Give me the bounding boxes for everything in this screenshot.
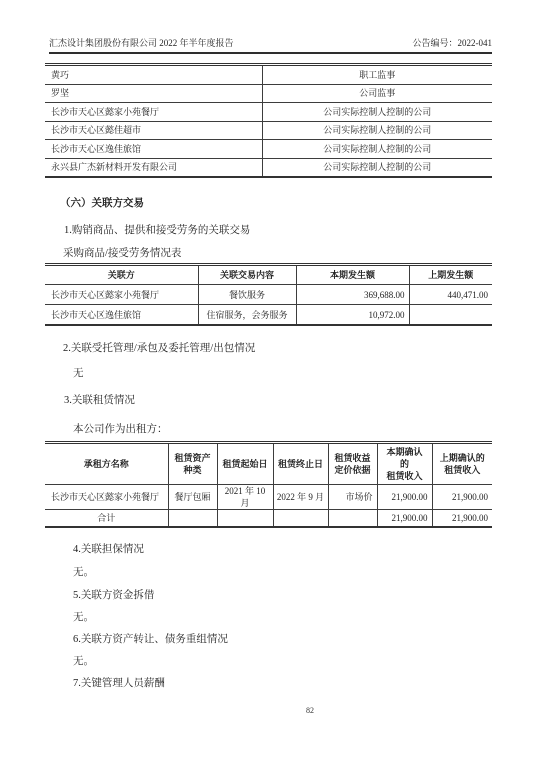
item2-title: 2.关联受托管理/承包及委托管理/出包情况 [0,342,545,356]
item1-subtitle: 采购商品/接受劳务情况表 [0,247,545,261]
item4-title: 4.关联担保情况 [0,543,545,557]
table-row: 长沙市天心区懿家小苑餐厅 公司实际控制人控制的公司 [45,103,492,122]
party-role-cell: 公司实际控制人控制的公司 [262,140,492,159]
party-role-cell: 公司监事 [262,84,492,103]
current-amount-cell: 369,688.00 [296,285,409,305]
table-row: 长沙市天心区逸佳旅馆 公司实际控制人控制的公司 [45,140,492,159]
section-title: （六）关联方交易 [0,197,545,211]
party-name-cell: 黄巧 [45,65,262,85]
header-report-title: 汇杰设计集团股份有限公司 2022 年半年度报告 [49,37,234,49]
party-name-cell: 罗坚 [45,84,262,103]
table-row: 长沙市天心区懿家小苑餐厅 餐厅包厢 2021 年 10 月 2022 年 9 月… [45,485,492,510]
item3-body: 本公司作为出租方： [0,423,545,437]
header-pricing-basis: 租赁收益 定价依据 [328,443,377,485]
empty-cell [168,510,217,528]
purchase-services-table: 关联方 关联交易内容 本期发生额 上期发生额 长沙市天心区懿家小苑餐厅 餐饮服务… [45,263,492,326]
table-row: 长沙市天心区懿家小苑餐厅 餐饮服务 369,688.00 440,471.00 [45,285,492,305]
table-row: 永兴县广杰新材料开发有限公司 公司实际控制人控制的公司 [45,158,492,177]
table-total-row: 合计 21,900.00 21,900.00 [45,510,492,528]
page-number: 82 [0,706,545,715]
total-prior-lease-income-cell: 21,900.00 [432,510,492,528]
party-role-cell: 公司实际控制人控制的公司 [262,121,492,140]
header-lease-start-date: 租赁起始日 [217,443,273,485]
header-lease-end-date: 租赁终止日 [273,443,328,485]
header-leased-asset-type: 租赁资产 种类 [168,443,217,485]
party-name-cell: 长沙市天心区懿家小苑餐厅 [45,103,262,122]
item6-title: 6.关联方资产转让、债务重组情况 [0,633,545,647]
item6-body: 无。 [0,655,545,669]
header-prior-lease-income: 上期确认的 租赁收入 [432,443,492,485]
total-label-cell: 合计 [45,510,168,528]
pricing-basis-cell: 市场价 [328,485,377,510]
header-announcement-no: 公告编号：2022-041 [413,37,493,49]
item4-body: 无。 [0,566,545,580]
table-row: 罗坚 公司监事 [45,84,492,103]
item5-body: 无。 [0,611,545,625]
item5-title: 5.关联方资金拆借 [0,589,545,603]
item2-body: 无 [0,367,545,381]
transaction-content-cell: 餐饮服务 [198,285,296,305]
header-prior-amount: 上期发生额 [409,265,492,285]
party-role-cell: 公司实际控制人控制的公司 [262,103,492,122]
party-name-cell: 长沙市天心区逸佳旅馆 [45,140,262,159]
item7-title: 7.关键管理人员薪酬 [0,677,545,691]
item3-title: 3.关联租赁情况 [0,394,545,408]
related-party-cell: 长沙市天心区逸佳旅馆 [45,305,198,326]
table-row: 黄巧 职工监事 [45,65,492,85]
current-lease-income-cell: 21,900.00 [377,485,432,510]
header-current-lease-income: 本期确认 的 租赁收入 [377,443,432,485]
party-name-cell: 长沙市天心区懿佳超市 [45,121,262,140]
lease-start-cell: 2021 年 10 月 [217,485,273,510]
table-header-row: 关联方 关联交易内容 本期发生额 上期发生额 [45,265,492,285]
prior-amount-cell [409,305,492,326]
party-role-cell: 公司实际控制人控制的公司 [262,158,492,177]
lease-table: 承租方名称 租赁资产 种类 租赁起始日 租赁终止日 租赁收益 定价依据 本期确认… [45,441,492,528]
report-page: 汇杰设计集团股份有限公司 2022 年半年度报告 公告编号：2022-041 黄… [0,0,545,771]
header-related-party: 关联方 [45,265,198,285]
table-row: 长沙市天心区懿佳超市 公司实际控制人控制的公司 [45,121,492,140]
page-header: 汇杰设计集团股份有限公司 2022 年半年度报告 公告编号：2022-041 [49,0,492,54]
transaction-content-cell: 住宿服务，会务服务 [198,305,296,326]
empty-cell [328,510,377,528]
header-transaction-content: 关联交易内容 [198,265,296,285]
lease-end-cell: 2022 年 9 月 [273,485,328,510]
party-name-cell: 永兴县广杰新材料开发有限公司 [45,158,262,177]
table-header-row: 承租方名称 租赁资产 种类 租赁起始日 租赁终止日 租赁收益 定价依据 本期确认… [45,443,492,485]
related-party-roles-table: 黄巧 职工监事 罗坚 公司监事 长沙市天心区懿家小苑餐厅 公司实际控制人控制的公… [45,63,492,178]
leased-asset-cell: 餐厅包厢 [168,485,217,510]
lessee-name-cell: 长沙市天心区懿家小苑餐厅 [45,485,168,510]
prior-lease-income-cell: 21,900.00 [432,485,492,510]
header-current-amount: 本期发生额 [296,265,409,285]
current-amount-cell: 10,972.00 [296,305,409,326]
table-row: 长沙市天心区逸佳旅馆 住宿服务，会务服务 10,972.00 [45,305,492,326]
related-party-cell: 长沙市天心区懿家小苑餐厅 [45,285,198,305]
item1-title: 1.购销商品、提供和接受劳务的关联交易 [0,224,545,238]
empty-cell [273,510,328,528]
party-role-cell: 职工监事 [262,65,492,85]
header-lessee-name: 承租方名称 [45,443,168,485]
empty-cell [217,510,273,528]
prior-amount-cell: 440,471.00 [409,285,492,305]
total-current-lease-income-cell: 21,900.00 [377,510,432,528]
